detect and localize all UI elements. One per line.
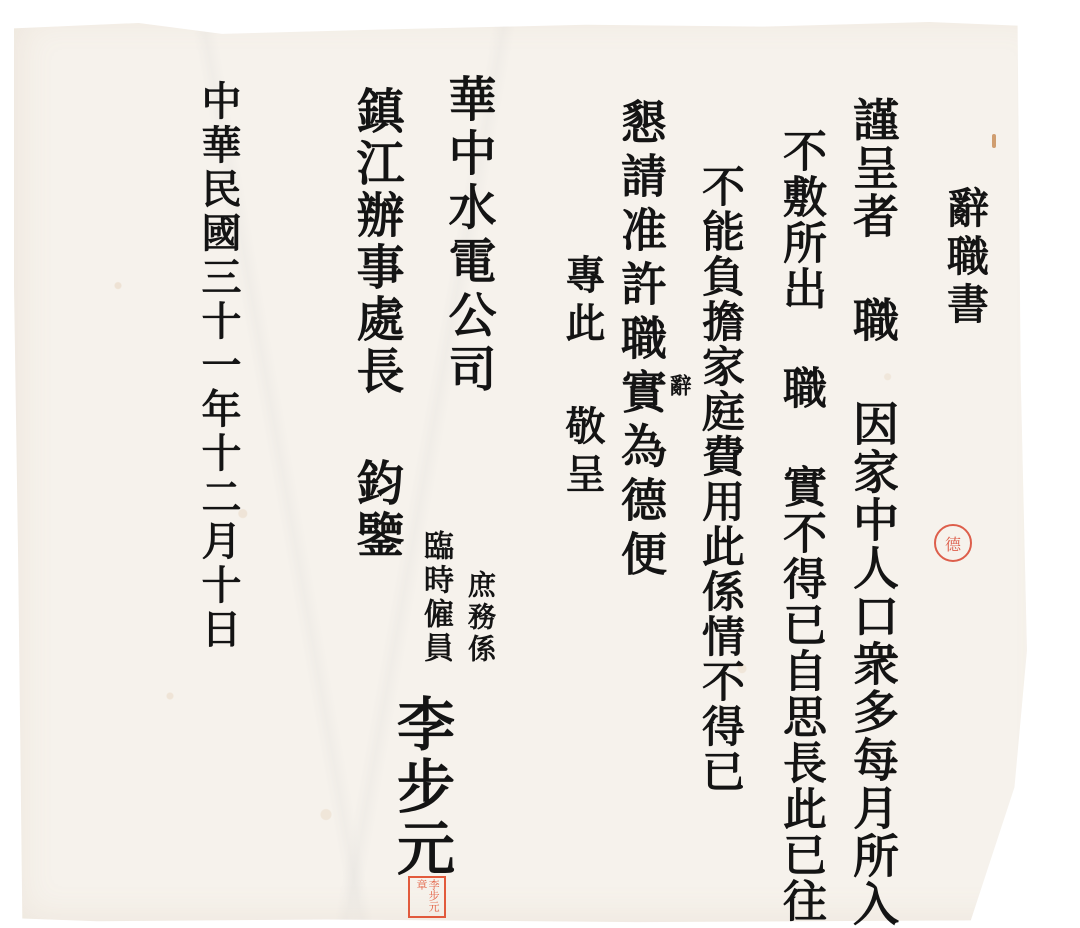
document-date: 中華民國三十一年十二月十日 — [198, 80, 238, 652]
inserted-character: 辭 — [668, 374, 690, 396]
sender-position: 臨時僱員 — [420, 530, 450, 666]
round-seal-stamp: 德 — [934, 524, 972, 562]
sender-department: 庶務係 — [466, 570, 494, 666]
name-seal-stamp: 李步元章 — [408, 876, 446, 918]
body-column-2: 不敷所出 職 實不得已自思長此已往 — [778, 128, 822, 924]
addressee-company: 華中水電公司 — [444, 74, 492, 398]
body-column-3: 不能負擔家庭費用此係情不得已 — [698, 164, 741, 794]
paper-stain — [992, 134, 996, 148]
addressee-office: 鎮江辦事處長 鈞鑒 — [352, 86, 400, 562]
body-column-4: 懇請准許職實為德便 — [618, 98, 664, 584]
sender-signature: 李步元 — [392, 694, 450, 880]
closing-column: 專此 敬呈 — [562, 254, 602, 501]
document-title: 辭職書 — [944, 186, 986, 330]
body-column-1: 謹呈者 職 因家中人口衆多每月所入 — [850, 96, 896, 928]
